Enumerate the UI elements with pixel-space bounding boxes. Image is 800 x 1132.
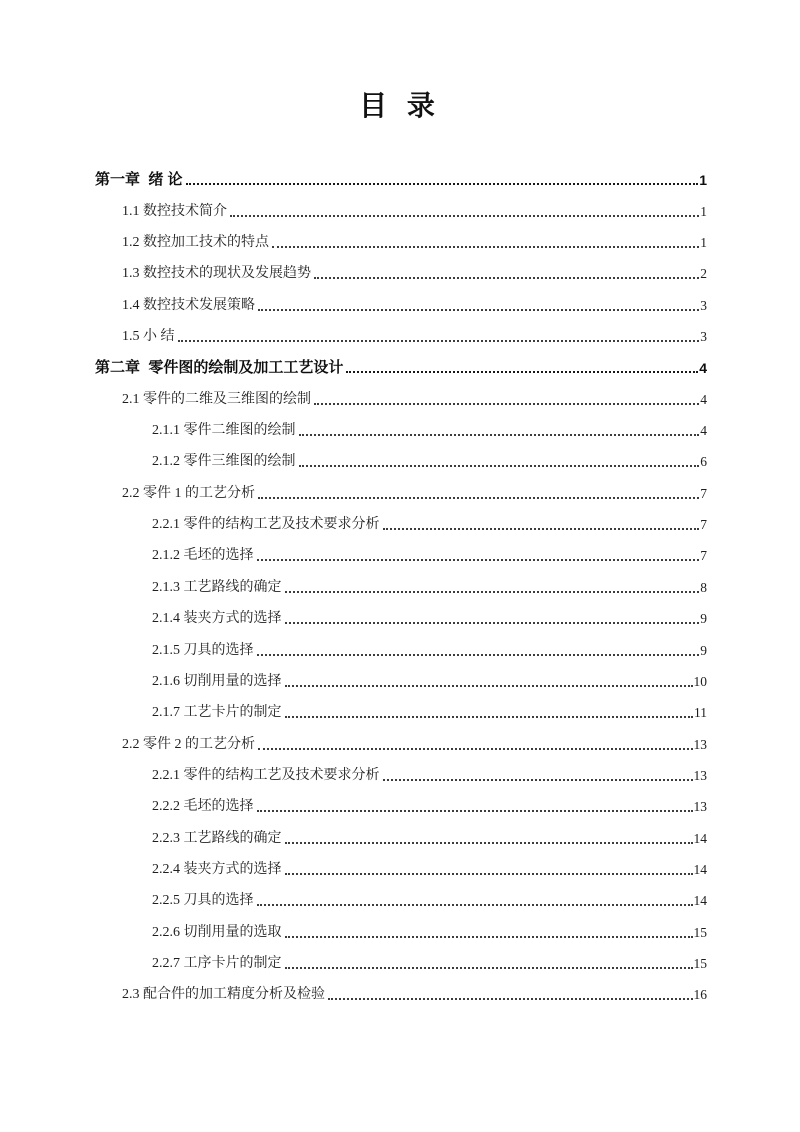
toc-entry-page: 9	[700, 610, 707, 628]
dot-leader	[383, 779, 693, 781]
dot-leader	[285, 842, 693, 844]
toc-entry: 1.4 数控技术发展策略 3	[95, 283, 707, 314]
dot-leader	[257, 559, 700, 561]
toc-entry: 2.1.3 工艺路线的确定 8	[95, 565, 707, 596]
toc-entry: 2.1.6 切削用量的选择 10	[95, 660, 707, 691]
toc-entry-page: 14	[694, 892, 708, 910]
toc-entry-label: 2.2.3 工艺路线的确定	[152, 830, 282, 848]
toc-entry: 1.3 数控技术的现状及发展趋势 2	[95, 252, 707, 283]
toc-entry-label: 第一章 绪 论	[95, 171, 183, 189]
dot-leader	[314, 403, 699, 405]
dot-leader	[285, 622, 700, 624]
toc-entry-label: 2.1.2 零件三维图的绘制	[152, 453, 296, 471]
toc-entry-page: 6	[700, 453, 707, 471]
toc-entry-page: 7	[700, 485, 707, 503]
toc-entry-chapter-2: 第二章 零件图的绘制及加工工艺设计 4	[95, 346, 707, 377]
dot-leader	[285, 936, 693, 938]
table-of-contents: 第一章 绪 论 1 1.1 数控技术简介 1 1.2 数控加工技术的特点 1 1…	[95, 158, 707, 1004]
dot-leader	[258, 497, 699, 499]
dot-leader	[257, 904, 693, 906]
toc-entry-page: 16	[694, 986, 708, 1004]
toc-entry-label: 2.2.1 零件的结构工艺及技术要求分析	[152, 516, 380, 534]
toc-entry-page: 1	[700, 234, 707, 252]
toc-entry-label: 2.2.4 装夹方式的选择	[152, 861, 282, 879]
toc-entry-page: 3	[700, 328, 707, 346]
toc-entry-label: 2.2 零件 1 的工艺分析	[122, 485, 255, 503]
dot-leader	[285, 716, 694, 718]
toc-entry-page: 15	[694, 924, 708, 942]
toc-entry: 2.2.5 刀具的选择 14	[95, 879, 707, 910]
toc-entry: 2.1 零件的二维及三维图的绘制 4	[95, 377, 707, 408]
dot-leader	[328, 998, 693, 1000]
toc-entry-chapter-1: 第一章 绪 论 1	[95, 158, 707, 189]
toc-entry-page: 13	[694, 767, 708, 785]
toc-entry-label: 2.1.1 零件二维图的绘制	[152, 422, 296, 440]
toc-entry-label: 2.1.6 切削用量的选择	[152, 673, 282, 691]
toc-entry-page: 13	[694, 736, 708, 754]
toc-entry-label: 1.4 数控技术发展策略	[122, 297, 255, 315]
toc-entry-label: 2.2.5 刀具的选择	[152, 892, 254, 910]
dot-leader	[285, 685, 693, 687]
dot-leader	[314, 277, 699, 279]
toc-entry: 2.1.2 毛坯的选择 7	[95, 534, 707, 565]
toc-entry: 2.2 零件 2 的工艺分析 13	[95, 722, 707, 753]
dot-leader	[285, 967, 693, 969]
toc-entry-page: 11	[694, 704, 707, 722]
dot-leader	[257, 654, 700, 656]
toc-entry: 2.2.4 装夹方式的选择 14	[95, 848, 707, 879]
dot-leader	[299, 465, 700, 467]
toc-entry-page: 9	[700, 642, 707, 660]
dot-leader	[285, 591, 700, 593]
toc-entry-page: 4	[700, 422, 707, 440]
toc-entry-page: 13	[694, 798, 708, 816]
toc-entry: 1.5 小 结 3	[95, 315, 707, 346]
page-title: 目 录	[0, 0, 800, 124]
toc-entry: 2.1.5 刀具的选择 9	[95, 628, 707, 659]
toc-entry-page: 1	[699, 171, 707, 189]
toc-entry: 2.1.1 零件二维图的绘制 4	[95, 409, 707, 440]
toc-entry-label: 2.2 零件 2 的工艺分析	[122, 736, 255, 754]
dot-leader	[186, 183, 699, 185]
toc-entry: 2.2.1 零件的结构工艺及技术要求分析 7	[95, 503, 707, 534]
dot-leader	[230, 215, 699, 217]
toc-entry: 1.2 数控加工技术的特点 1	[95, 221, 707, 252]
toc-entry-label: 2.1.7 工艺卡片的制定	[152, 704, 282, 722]
dot-leader	[299, 434, 700, 436]
dot-leader	[272, 246, 699, 248]
dot-leader	[257, 810, 693, 812]
toc-entry: 2.2.6 切削用量的选取 15	[95, 910, 707, 941]
toc-entry: 2.3 配合件的加工精度分析及检验 16	[95, 973, 707, 1004]
dot-leader	[178, 340, 700, 342]
toc-entry-label: 2.1.3 工艺路线的确定	[152, 579, 282, 597]
toc-entry-page: 14	[694, 830, 708, 848]
toc-entry-page: 4	[699, 359, 707, 377]
toc-entry-label: 1.2 数控加工技术的特点	[122, 234, 269, 252]
toc-entry-label: 2.2.6 切削用量的选取	[152, 924, 282, 942]
toc-entry-label: 1.1 数控技术简介	[122, 203, 227, 221]
toc-entry-label: 2.2.7 工序卡片的制定	[152, 955, 282, 973]
toc-entry-label: 第二章 零件图的绘制及加工工艺设计	[95, 359, 343, 377]
toc-entry-page: 14	[694, 861, 708, 879]
toc-entry-label: 2.2.2 毛坯的选择	[152, 798, 254, 816]
toc-entry: 2.2.1 零件的结构工艺及技术要求分析 13	[95, 754, 707, 785]
toc-entry: 2.1.7 工艺卡片的制定 11	[95, 691, 707, 722]
toc-entry-page: 1	[700, 203, 707, 221]
dot-leader	[258, 309, 699, 311]
toc-entry-label: 2.1.2 毛坯的选择	[152, 547, 254, 565]
toc-entry-page: 4	[700, 391, 707, 409]
toc-entry: 2.2.2 毛坯的选择 13	[95, 785, 707, 816]
toc-entry-page: 2	[700, 265, 707, 283]
toc-entry: 2.2 零件 1 的工艺分析 7	[95, 471, 707, 502]
toc-entry-page: 8	[700, 579, 707, 597]
toc-entry-label: 2.2.1 零件的结构工艺及技术要求分析	[152, 767, 380, 785]
toc-entry-page: 3	[700, 297, 707, 315]
toc-entry-label: 1.5 小 结	[122, 328, 175, 346]
toc-entry: 2.1.4 装夹方式的选择 9	[95, 597, 707, 628]
document-page: 目 录 第一章 绪 论 1 1.1 数控技术简介 1 1.2 数控加工技术的特点…	[0, 0, 800, 1132]
toc-entry-page: 7	[700, 547, 707, 565]
toc-entry: 2.2.7 工序卡片的制定 15	[95, 942, 707, 973]
dot-leader	[285, 873, 693, 875]
toc-entry-page: 7	[700, 516, 707, 534]
dot-leader	[383, 528, 700, 530]
toc-entry: 2.2.3 工艺路线的确定 14	[95, 816, 707, 847]
toc-entry-label: 2.3 配合件的加工精度分析及检验	[122, 986, 325, 1004]
toc-entry: 1.1 数控技术简介 1	[95, 189, 707, 220]
dot-leader	[346, 371, 698, 373]
toc-entry: 2.1.2 零件三维图的绘制 6	[95, 440, 707, 471]
toc-entry-label: 2.1 零件的二维及三维图的绘制	[122, 391, 311, 409]
toc-entry-page: 10	[694, 673, 708, 691]
toc-entry-label: 1.3 数控技术的现状及发展趋势	[122, 265, 311, 283]
toc-entry-label: 2.1.4 装夹方式的选择	[152, 610, 282, 628]
toc-entry-page: 15	[694, 955, 708, 973]
toc-entry-label: 2.1.5 刀具的选择	[152, 642, 254, 660]
dot-leader	[258, 748, 693, 750]
